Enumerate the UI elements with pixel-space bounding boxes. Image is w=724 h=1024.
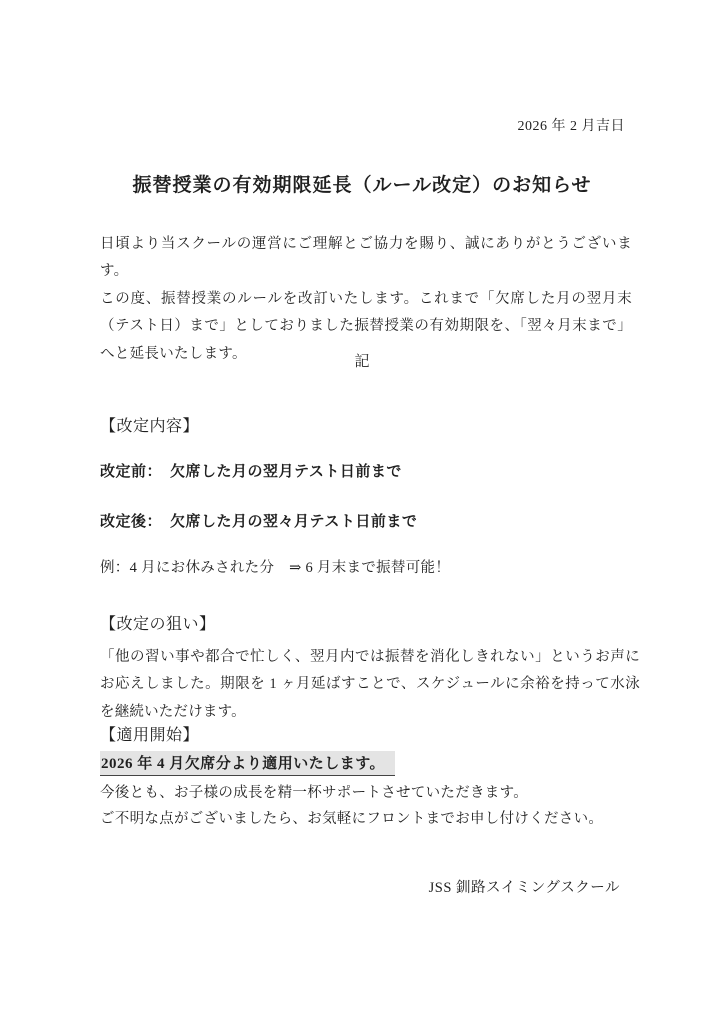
document-date: 2026 年 2 月吉日 — [518, 115, 626, 135]
notice-document: 2026 年 2 月吉日 振替授業の有効期限延長（ルール改定）のお知らせ 日頃よ… — [0, 0, 724, 1024]
revision-example: 例：4 月にお休みされた分 ⇒ 6 月末まで振替可能！ — [100, 556, 450, 577]
section-heading-start: 【適用開始】 — [100, 722, 199, 745]
section-heading-purpose: 【改定の狙い】 — [100, 611, 216, 634]
revision-before-rule: 改定前： 欠席した月の翌月テスト日前まで — [100, 460, 402, 481]
start-date-highlight: 2026 年 4 月欠席分より適用いたします。 — [100, 751, 395, 776]
page-title: 振替授業の有効期限延長（ルール改定）のお知らせ — [0, 170, 724, 197]
intro-paragraph: 日頃より当スクールの運営にご理解とご協力を賜り、誠にありがとうございます。 この… — [100, 231, 632, 368]
contact-line: ご不明な点がございましたら、お気軽にフロントまでお申し付けください。 — [100, 807, 603, 828]
ki-marker: 記 — [0, 350, 724, 371]
revision-after-rule: 改定後： 欠席した月の翌々月テスト日前まで — [100, 510, 417, 531]
intro-line-1: 日頃より当スクールの運営にご理解とご協力を賜り、誠にありがとうございます。 — [100, 231, 632, 286]
school-signature: JSS 釧路スイミングスクール — [429, 876, 620, 897]
purpose-paragraph: 「他の習い事や都合で忙しく、翌月内では振替を消化しきれない」というお声にお応えし… — [100, 644, 640, 726]
section-heading-revision: 【改定内容】 — [100, 413, 199, 436]
support-line: 今後とも、お子様の成長を精一杯サポートさせていただきます。 — [100, 781, 528, 802]
